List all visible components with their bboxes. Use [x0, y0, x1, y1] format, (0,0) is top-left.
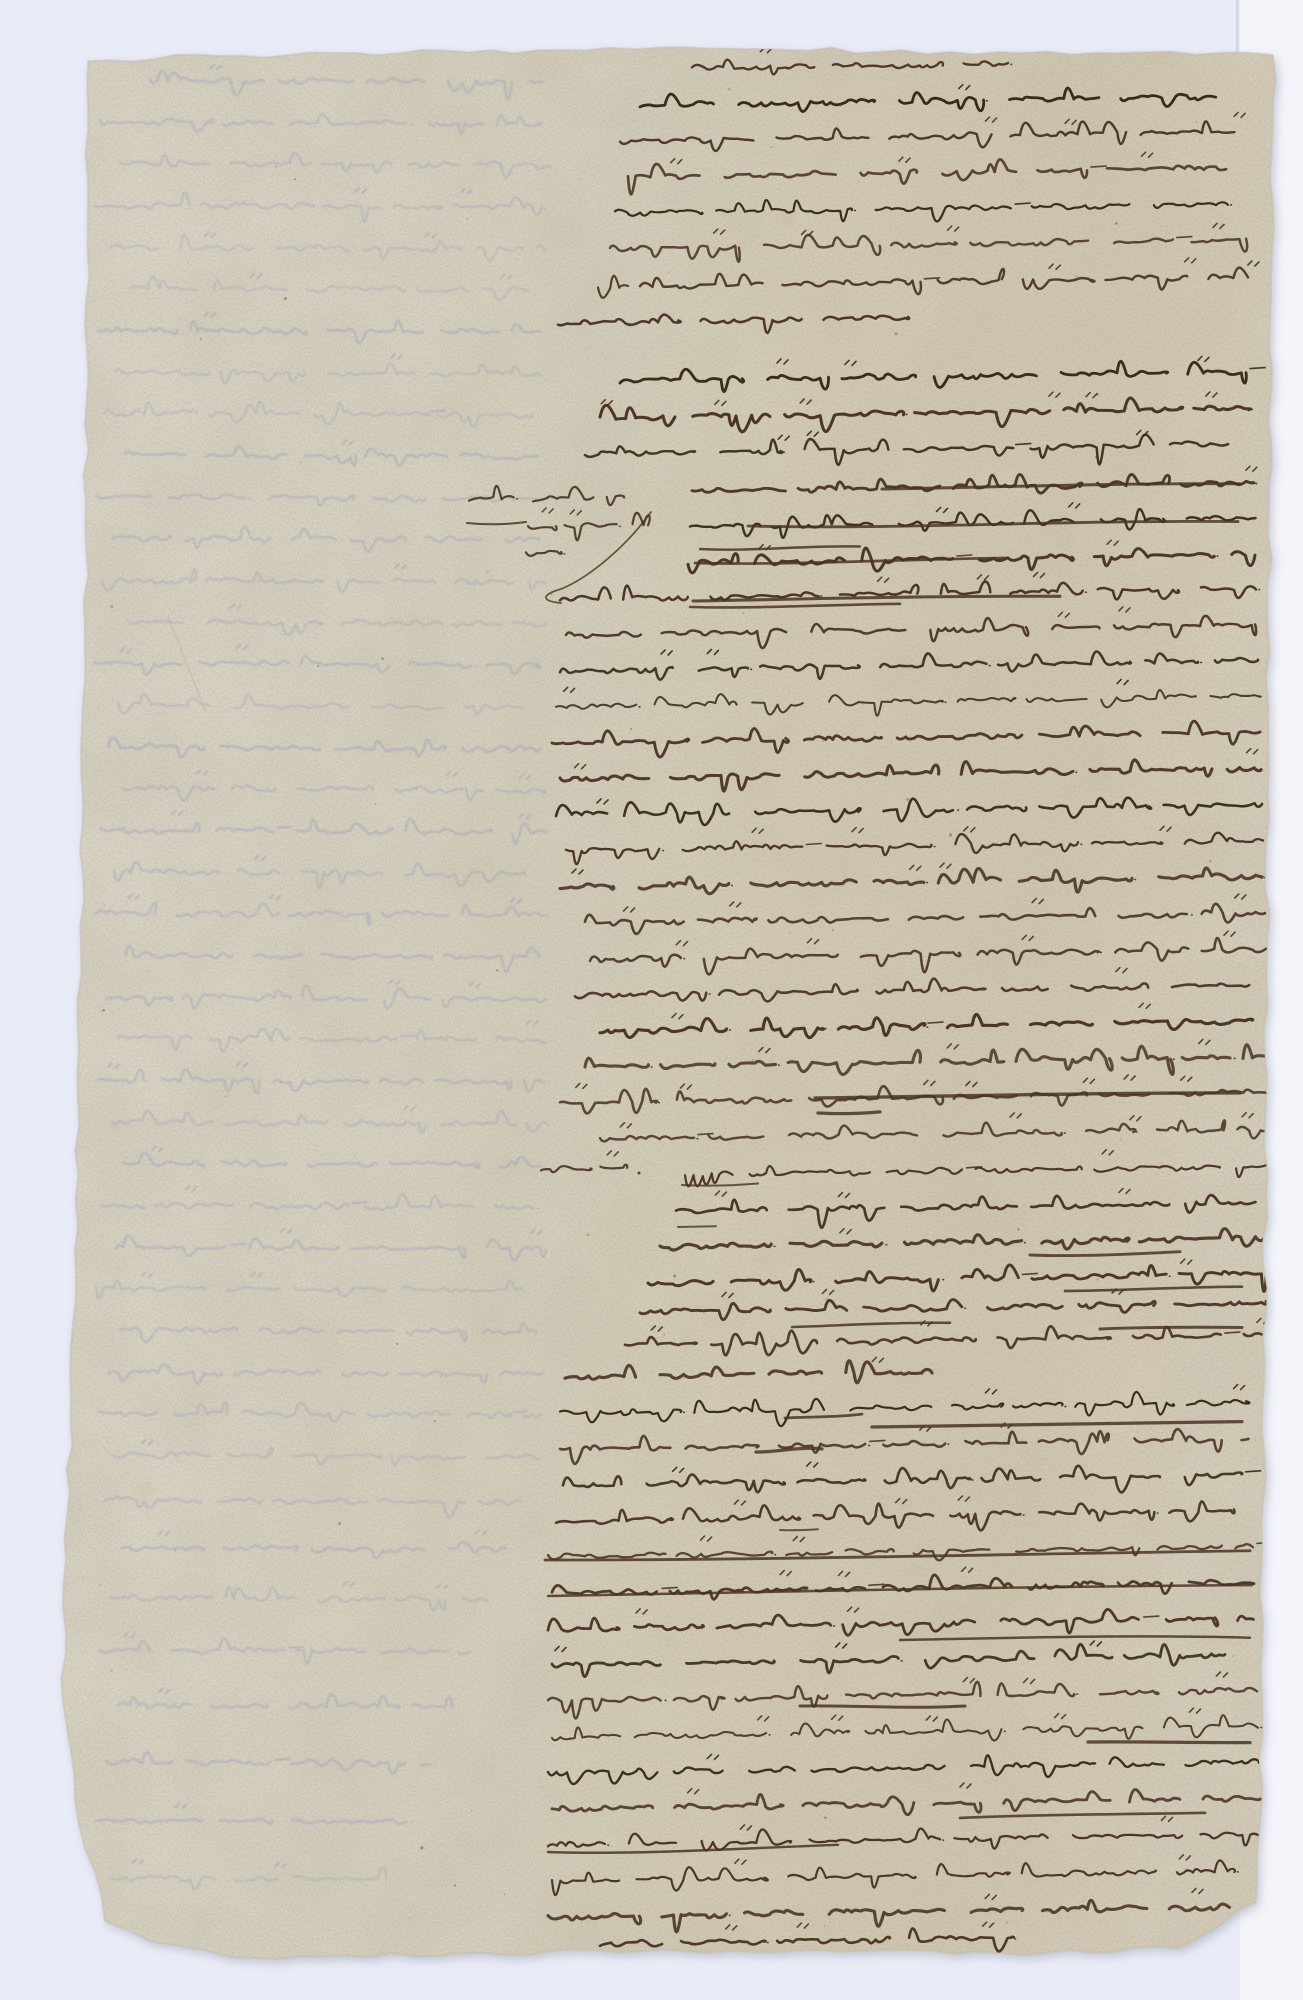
scanner-seam-line	[1236, 0, 1239, 58]
manuscript-scan: Scanned handwritten manuscript page, Ger…	[0, 0, 1303, 2000]
paper-texture	[52, 40, 1287, 1968]
manuscript-scan-canvas	[0, 0, 1303, 2000]
